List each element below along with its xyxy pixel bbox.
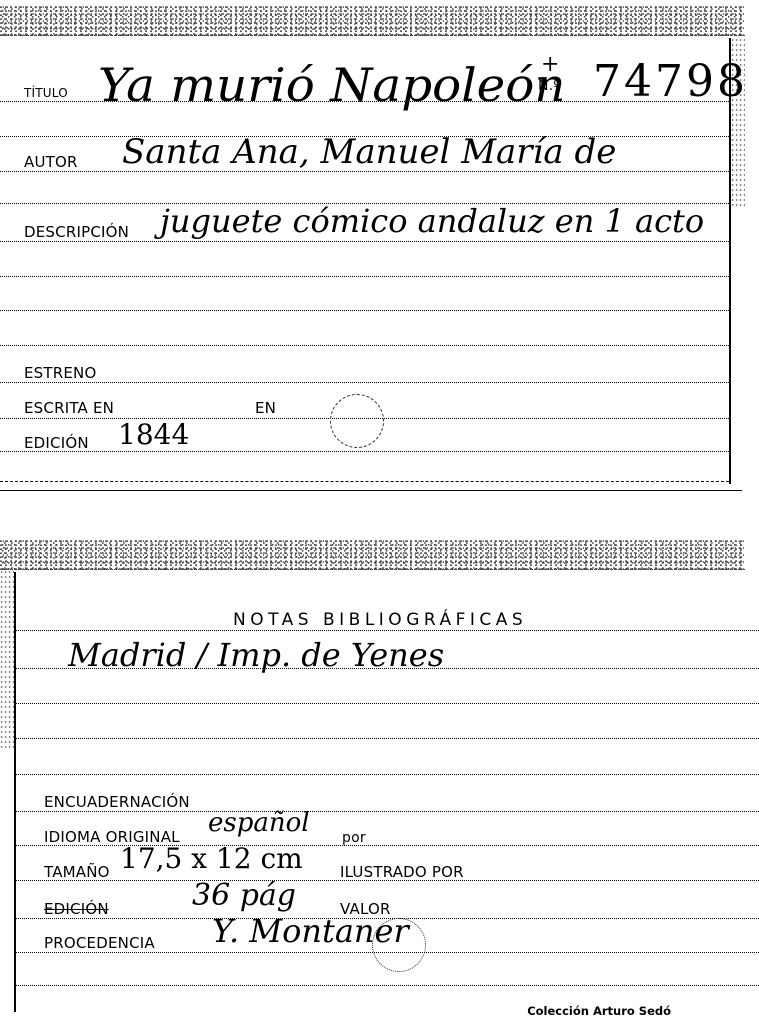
rule-line (16, 738, 759, 739)
stamp-circle (330, 394, 384, 448)
field-label-tamano: TAMAÑO (44, 863, 110, 881)
field-value-autor: Santa Ana, Manuel María de (122, 132, 616, 172)
scan-noise-border-top (0, 6, 745, 36)
card-front-lower-rule (0, 481, 729, 482)
field-value-tamano: 17,5 x 12 cm (120, 842, 303, 875)
field-label-encuadernacion: ENCUADERNACIÓN (44, 793, 190, 811)
field-label-en: EN (255, 399, 276, 417)
field-label-estreno: ESTRENO (24, 364, 97, 382)
notes-value: Madrid / Imp. de Yenes (68, 636, 444, 674)
notes-heading: NOTAS BIBLIOGRÁFICAS (233, 610, 527, 630)
field-label-ilustrado-por: ILUSTRADO POR (340, 863, 464, 881)
field-value-titulo: Ya murió Napoleón (98, 58, 565, 112)
field-label-edicion: EDICIÓN (44, 900, 109, 918)
field-label-numero: N.º (538, 78, 560, 94)
cross-mark: + (541, 52, 559, 77)
catalog-card-back: NOTAS BIBLIOGRÁFICAS Madrid / Imp. de Ye… (14, 572, 759, 1012)
card-front-bottom-edge (0, 490, 742, 491)
rule-line (16, 774, 759, 775)
rule-line (0, 451, 729, 452)
field-label-titulo: TÍTULO (24, 86, 68, 100)
field-label-descripcion: DESCRIPCIÓN (24, 223, 129, 241)
field-label-autor: AUTOR (24, 153, 78, 171)
field-label-escrita-en: ESCRITA EN (24, 399, 114, 417)
field-value-edicion: 1844 (118, 418, 189, 451)
scan-noise-border-bottom-card (0, 540, 745, 570)
rule-line (16, 985, 759, 986)
field-label-por: por (342, 830, 366, 846)
rule-line (0, 241, 729, 242)
field-label-edicion: EDICIÓN (24, 434, 89, 452)
rule-line (16, 630, 759, 631)
collection-footer: Colección Arturo Sedó (527, 1004, 671, 1018)
field-value-descripcion: juguete cómico andaluz en 1 acto (160, 202, 704, 240)
rule-line (16, 811, 759, 812)
catalog-card-front: TÍTULO Ya murió Napoleón + N.º 74798 AUT… (0, 38, 731, 484)
scan-noise-left-edge (0, 570, 14, 750)
field-value-numero: 74798 (593, 56, 748, 107)
rule-line (0, 276, 729, 277)
field-value-edicion: 36 pág (192, 878, 296, 913)
rule-line (0, 345, 729, 346)
rule-line (16, 703, 759, 704)
rule-line (0, 382, 729, 383)
rule-line (0, 310, 729, 311)
field-label-procedencia: PROCEDENCIA (44, 934, 155, 952)
field-value-idioma-original: español (208, 808, 310, 838)
stamp-circle (372, 918, 426, 972)
